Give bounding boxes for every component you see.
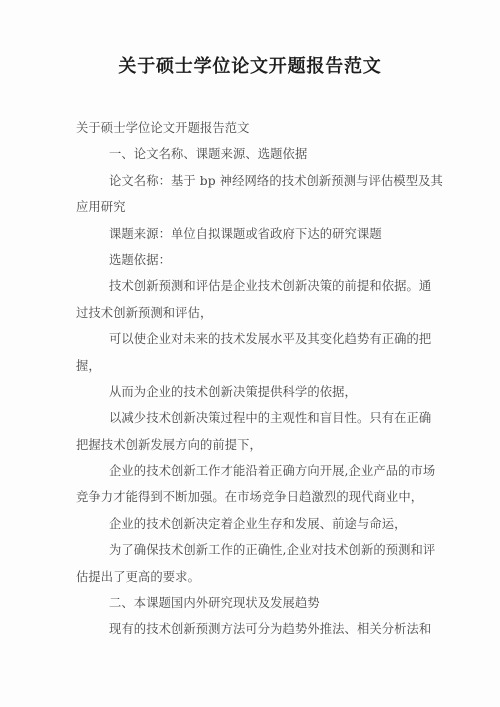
text-line: 把握技术创新发展方向的前提下， bbox=[76, 432, 480, 458]
text-line: 选题依据： bbox=[76, 247, 480, 273]
text-line: 以减少技术创新决策过程中的主观性和盲目性。只有在正确 bbox=[76, 405, 480, 431]
text-line: 为了确保技术创新工作的正确性,企业对技术创新的预测和评 bbox=[76, 537, 480, 563]
text-line: 估提出了更高的要求。 bbox=[76, 564, 480, 590]
text-line: 论文名称：基于 bp 神经网络的技术创新预测与评估模型及其 bbox=[76, 168, 480, 194]
document-body: 关于硕士学位论文开题报告范文一、论文名称、课题来源、选题依据论文名称：基于 bp… bbox=[76, 115, 480, 643]
text-line: 技术创新预测和评估是企业技术创新决策的前提和依据。通 bbox=[76, 273, 480, 299]
text-line: 可以使企业对未来的技术发展水平及其变化趋势有正确的把 bbox=[76, 326, 480, 352]
text-line: 企业的技术创新工作才能沿着正确方向开展,企业产品的市场 bbox=[76, 458, 480, 484]
text-line: 过技术创新预测和评估， bbox=[76, 300, 480, 326]
text-line: 一、论文名称、课题来源、选题依据 bbox=[76, 141, 480, 167]
text-line: 关于硕士学位论文开题报告范文 bbox=[76, 115, 480, 141]
text-line: 课题来源：单位自拟课题或省政府下达的研究课题 bbox=[76, 221, 480, 247]
document-page: 关于硕士学位论文开题报告范文 关于硕士学位论文开题报告范文一、论文名称、课题来源… bbox=[0, 0, 500, 707]
document-title: 关于硕士学位论文开题报告范文 bbox=[0, 52, 500, 78]
text-line: 二、本课题国内外研究现状及发展趋势 bbox=[76, 590, 480, 616]
text-line: 应用研究 bbox=[76, 194, 480, 220]
text-line: 企业的技术创新决定着企业生存和发展、前途与命运， bbox=[76, 511, 480, 537]
text-line: 握， bbox=[76, 353, 480, 379]
text-line: 从而为企业的技术创新决策提供科学的依据， bbox=[76, 379, 480, 405]
text-line: 竞争力才能得到不断加强。在市场竞争日趋激烈的现代商业中， bbox=[76, 484, 480, 510]
text-line: 现有的技术创新预测方法可分为趋势外推法、相关分析法和 bbox=[76, 616, 480, 642]
